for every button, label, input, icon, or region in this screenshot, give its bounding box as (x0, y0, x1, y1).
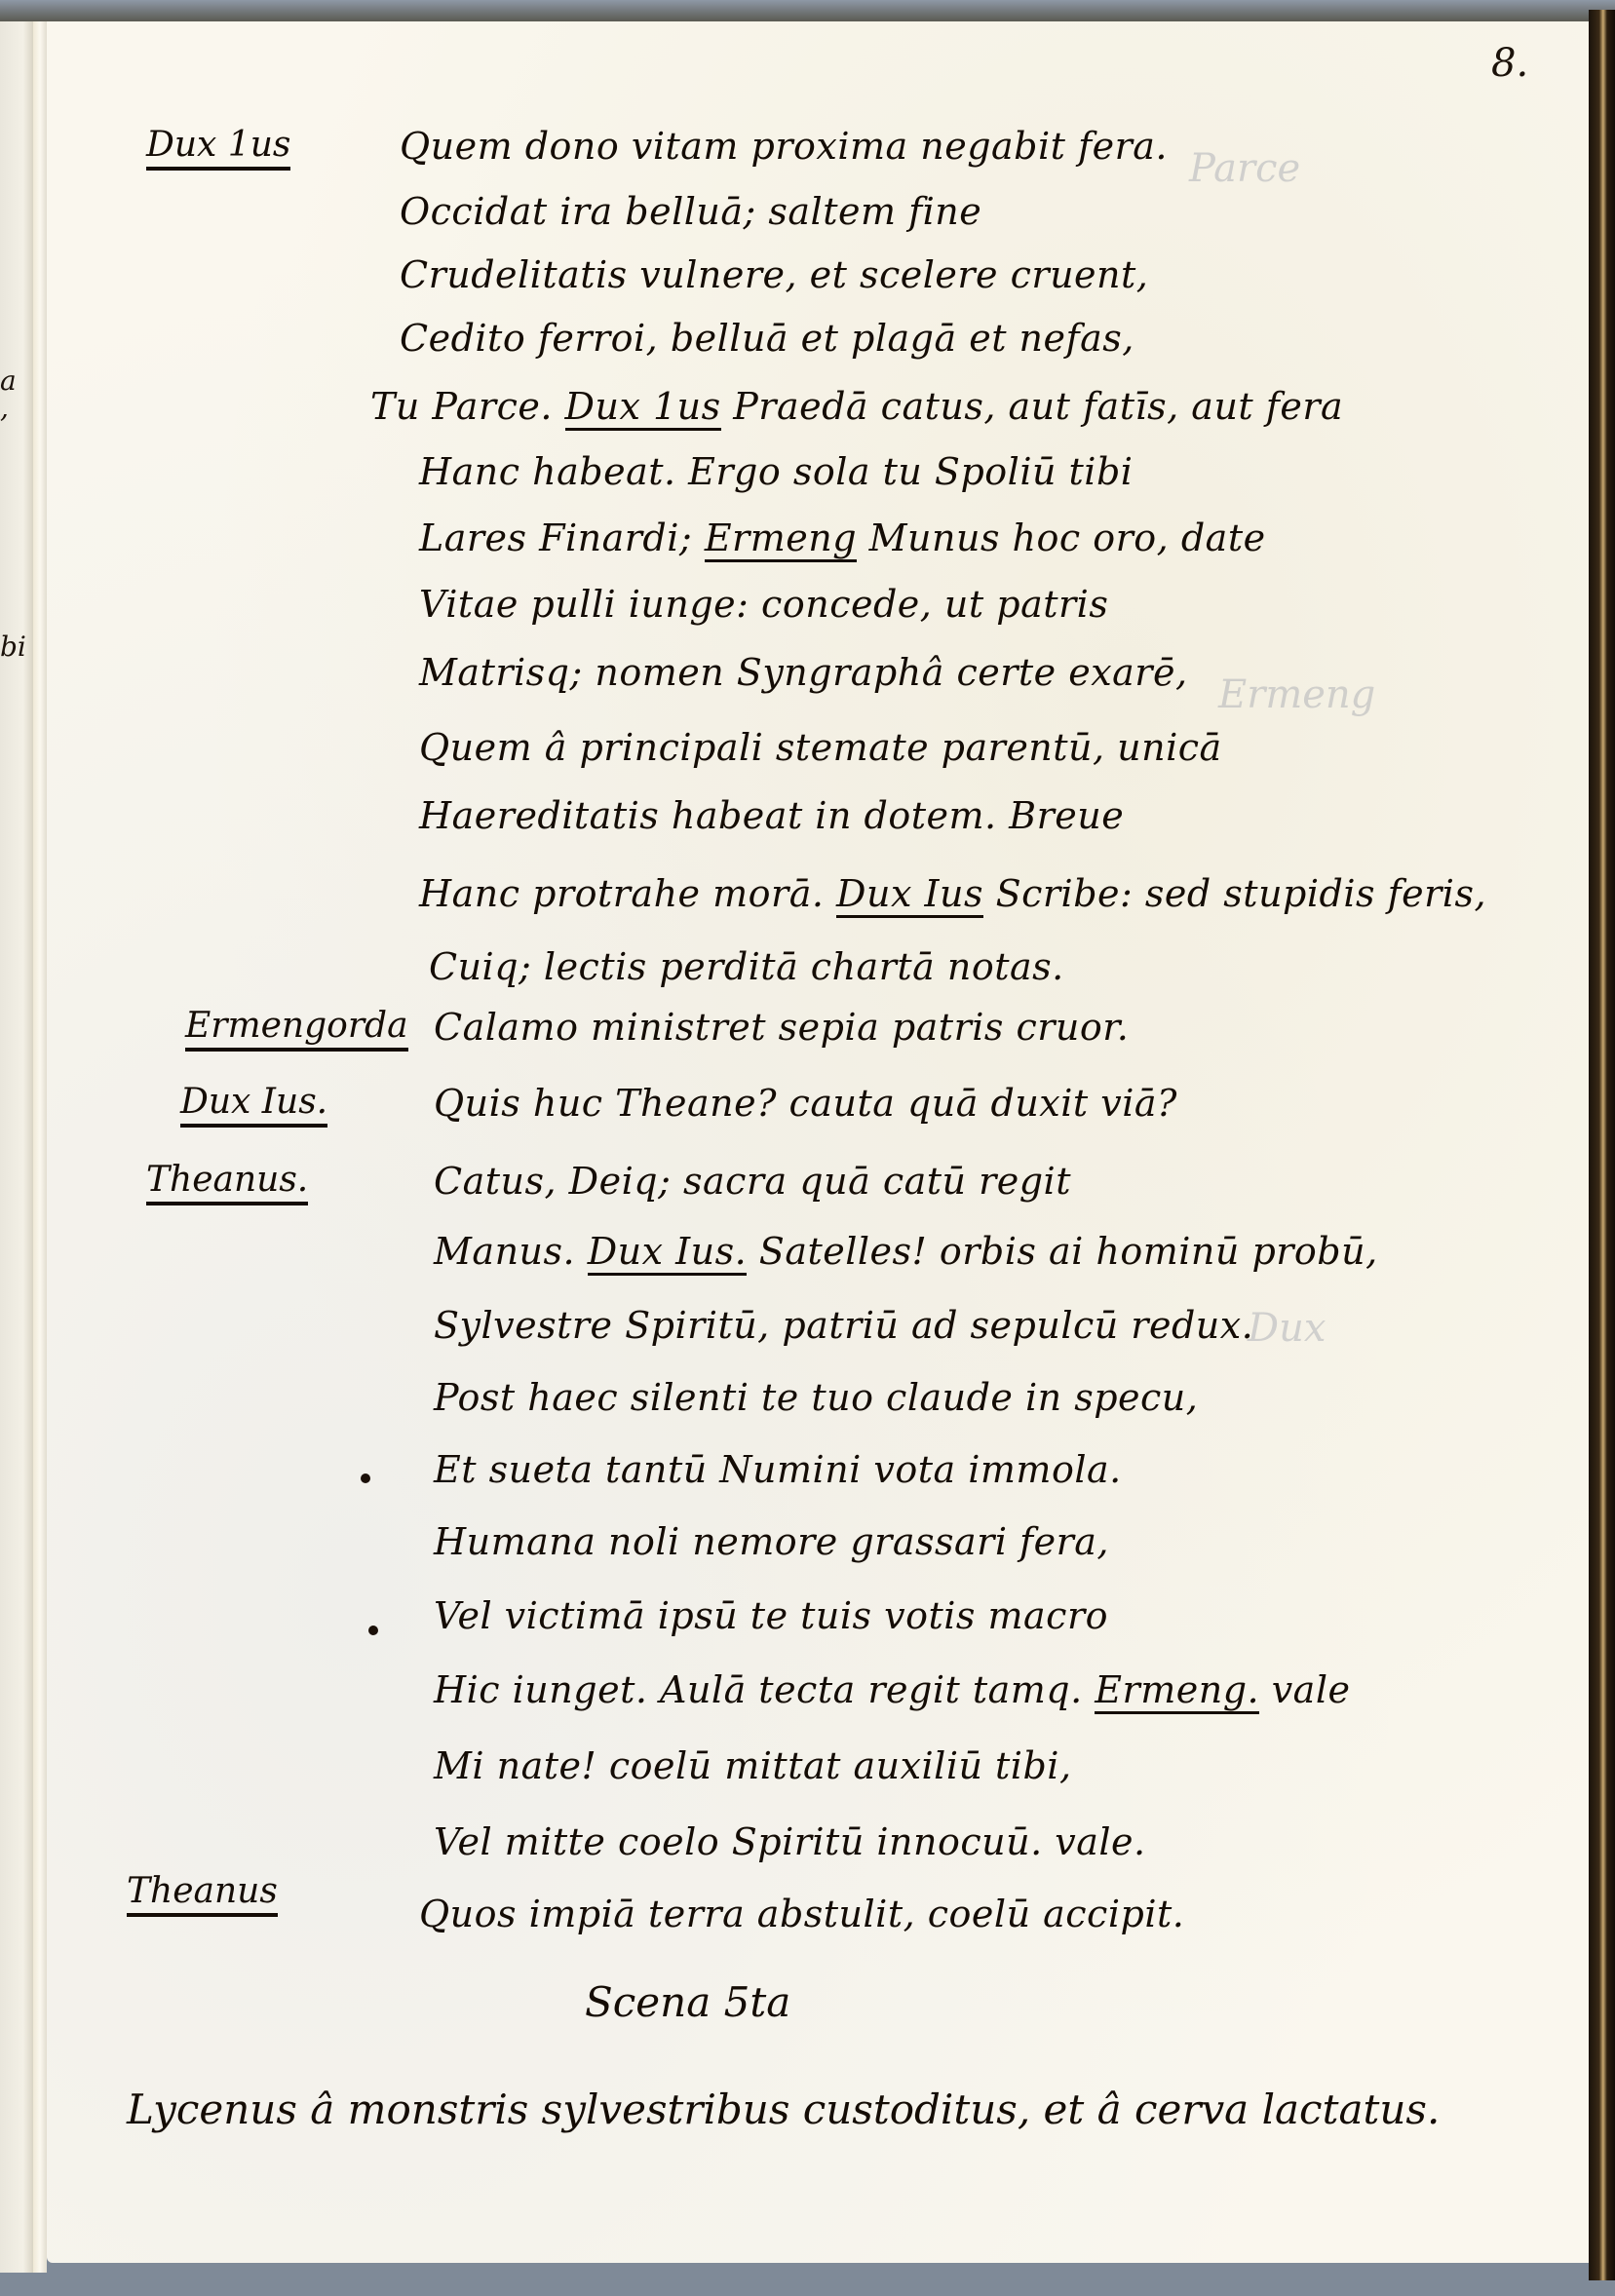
inline-speaker-label: Dux Ius. (588, 1230, 748, 1276)
verse-line: Quos impiā terra abstulit, coelū accipit… (419, 1893, 1184, 1935)
verse-line: Occidat ira belluā; saltem fine (400, 190, 981, 233)
verse-line: Et sueta tantū Numini vota immola. (434, 1448, 1122, 1491)
verse-line: Tu Parce. Dux 1us Praedā catus, aut fatī… (370, 385, 1343, 428)
verse-line: Cedito ferroi, belluā et plagā et nefas, (400, 317, 1134, 360)
verse-text: vale (1272, 1668, 1351, 1711)
verse-line: Manus. Dux Ius. Satelles! orbis ai homin… (434, 1230, 1378, 1273)
scene-heading: Scena 5ta (585, 1978, 790, 2026)
page-number: 8. (1491, 41, 1528, 86)
verse-line: Lares Finardi; Ermeng Munus hoc oro, dat… (419, 517, 1266, 559)
verse-line: Quem â principali stemate parentū, unicā (419, 726, 1222, 769)
inline-speaker-label: Ermeng (705, 517, 857, 562)
verse-line: Humana noli nemore grassari fera, (434, 1520, 1109, 1563)
facing-page-fragment: , (0, 392, 9, 424)
speaker-label: Ermengorda (185, 1006, 408, 1052)
inline-speaker-label: Dux Ius (836, 872, 983, 918)
speaker-label: Theanus (127, 1871, 278, 1917)
verse-line: Cuiq; lectis perditā chartā notas. (429, 945, 1064, 988)
speaker-label: Theanus. (146, 1160, 308, 1205)
verse-text: Manus. (434, 1230, 575, 1273)
book-edge-right (1589, 10, 1615, 2280)
verse-line: Hic iunget. Aulā tecta regit tamq. Ermen… (434, 1668, 1350, 1711)
inline-speaker-label: Dux 1us (565, 385, 721, 431)
verse-line: Vitae pulli iunge: concede, ut patris (419, 583, 1108, 626)
speaker-label: Dux Ius. (180, 1082, 327, 1128)
verse-line: Vel victimā ipsū te tuis votis macro (434, 1594, 1108, 1637)
verse-text: Hanc protrahe morā. (419, 872, 824, 915)
verse-line: Mi nate! coelū mittat auxiliū tibi, (434, 1744, 1072, 1787)
verse-text: Munus hoc oro, date (869, 517, 1266, 559)
scan-top-edge (0, 0, 1615, 21)
verse-line: Sylvestre Spiritū, patriū ad sepulcū red… (434, 1304, 1253, 1347)
bleed-through-text: Dux (1248, 1306, 1326, 1351)
verse-text: Praedā catus, aut fatīs, aut fera (733, 385, 1343, 428)
verse-text: Hic iunget. Aulā tecta regit tamq. (434, 1668, 1083, 1711)
inline-speaker-label: Ermeng. (1095, 1668, 1259, 1714)
verse-text: Satelles! orbis ai hominū probū, (759, 1230, 1378, 1273)
ink-dot-mark (361, 1473, 370, 1483)
ink-dot-mark (368, 1626, 378, 1635)
stage-direction: Lycenus â monstris sylvestribus custodit… (127, 2086, 1440, 2133)
verse-line: Crudelitatis vulnere, et scelere cruent, (400, 253, 1148, 296)
verse-line: Matrisq; nomen Syngraphâ certe exarē, (419, 651, 1188, 694)
facing-page-fragment: bi (0, 631, 26, 663)
verse-line: Post haec silenti te tuo claude in specu… (434, 1376, 1198, 1419)
verse-line: Hanc protrahe morā. Dux Ius Scribe: sed … (419, 872, 1486, 915)
verse-line: Quis huc Theane? cauta quā duxit viā? (434, 1082, 1177, 1125)
verse-line: Catus, Deiq; sacra quā catū regit (434, 1160, 1071, 1203)
verse-text: Scribe: sed stupidis feris, (996, 872, 1486, 915)
verse-line: Haereditatis habeat in dotem. Breue (419, 794, 1124, 837)
facing-page-edge: a , bi (0, 21, 35, 2273)
verse-text: Lares Finardi; (419, 517, 692, 559)
speaker-label: Dux 1us (146, 125, 290, 171)
bleed-through-text: Ermeng (1218, 672, 1375, 717)
verse-line: Hanc habeat. Ergo sola tu Spoliū tibi (419, 450, 1133, 493)
verse-text: Tu Parce. (370, 385, 553, 428)
verse-line: Quem dono vitam proxima negabit fera. (400, 125, 1168, 168)
verse-line: Calamo ministret sepia patris cruor. (434, 1006, 1129, 1049)
binding-gutter (33, 21, 47, 2273)
verse-line: Vel mitte coelo Spiritū innocuū. vale. (434, 1820, 1146, 1863)
bleed-through-text: Parce (1189, 146, 1300, 191)
